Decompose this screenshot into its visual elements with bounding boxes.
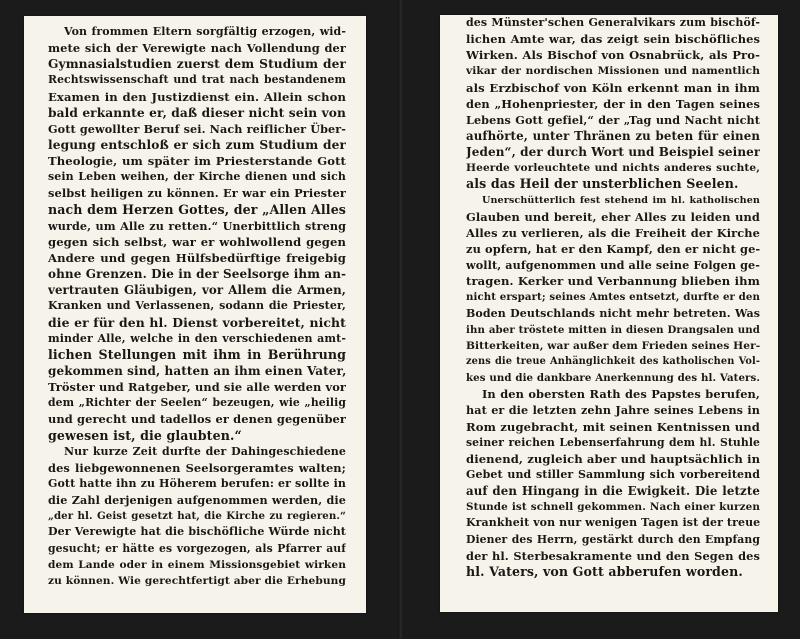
text-line: hl. Vaters, von Gott abberufen worden. (466, 564, 760, 580)
text-line: Bitterkeiten, war außer dem Frieden sein… (466, 338, 760, 354)
text-line: des liebgewonnenen Seelsorgeramtes walte… (48, 460, 346, 476)
text-line: Glauben und bereit, eher Alles zu leiden… (466, 209, 760, 225)
text-line: Examen in den Justizdienst ein. Allein s… (48, 89, 346, 105)
text-line: In den obersten Rath des Papstes berufen… (466, 386, 760, 402)
text-line: ihn aber tröstete mitten in diesen Drang… (466, 322, 760, 338)
text-line: Tröster und Ratgeber, und sie alle werde… (48, 379, 346, 395)
text-line: dienend, zugleich aber und hauptsächlich… (466, 451, 760, 467)
text-line: als Erzbischof von Köln erkennt man in i… (466, 80, 760, 96)
text-line: Gebet und stiller Sammlung sich vorberei… (466, 467, 760, 483)
text-line: Rom zugebracht, mit seinen Kentnissen un… (466, 419, 760, 435)
text-line: Lebens Gott gefiel,“ der „Tag und Nacht … (466, 112, 760, 128)
text-line: Rechtswissenschaft und trat nach bestand… (48, 72, 346, 88)
text-line: zu opfern, hat er den Kampf, den er nich… (466, 241, 760, 257)
text-line: bald erkannte er, daß dieser nicht sein … (48, 105, 346, 121)
text-line: Kranken und Verlassenen, sodann die Prie… (48, 298, 346, 314)
text-line: sein Leben weihen, der Kirche dienen und… (48, 169, 346, 185)
text-line: Unerschütterlich fest stehend im hl. kat… (466, 193, 760, 209)
text-line: lichen Amte war, das zeigt sein bischöfl… (466, 31, 760, 47)
text-line: kes und die dankbare Anerkennung des hl.… (466, 370, 760, 386)
text-line: hat er die letzten zehn Jahre seines Leb… (466, 402, 760, 418)
text-line: Stunde ist schnell gekommen. Nach einer … (466, 499, 760, 515)
text-line: gegen sich selbst, war er wohlwollend ge… (48, 234, 346, 250)
book-gutter (398, 0, 404, 639)
text-line: Jeden“, der durch Wort und Beispiel sein… (466, 144, 760, 160)
text-line: ohne Grenzen. Die in der Seelsorge ihm a… (48, 266, 346, 282)
text-line: wollt, aufgenommen und alle seine Folgen… (466, 257, 760, 273)
text-line: zu können. Wie gerechtfertigt aber die E… (48, 573, 346, 589)
text-line: des Münster'schen Generalvikars zum bisc… (466, 15, 760, 31)
text-line: Krankheit von nur wenigen Tagen ist der … (466, 515, 760, 531)
text-line: und gerecht und tadellos er denen gegenü… (48, 411, 346, 427)
text-line: lichen Stellungen mit ihm in Berührung (48, 347, 346, 363)
text-line: seiner reichen Lebenserfahrung dem hl. S… (466, 435, 760, 451)
text-line: Diener des Herrn, gestärkt durch den Emp… (466, 532, 760, 548)
text-line: „der hl. Geist gesetzt hat, die Kirche z… (48, 508, 346, 524)
text-line: Gott gewollter Beruf sei. Nach reifliche… (48, 121, 346, 137)
text-line: Gott hatte ihn zu Höherem berufen: er so… (48, 476, 346, 492)
text-line: Nur kurze Zeit durfte der Dahingeschiede… (48, 444, 346, 460)
text-line: nach dem Herzen Gottes, der „Allen Alles (48, 202, 346, 218)
left-page-text: Von frommen Eltern sorgfältig erzogen, w… (48, 24, 346, 589)
left-page: Von frommen Eltern sorgfältig erzogen, w… (24, 16, 366, 613)
text-line: Der Verewigte hat die bischöfliche Würde… (48, 524, 346, 540)
text-line: Wirken. Als Bischof von Osnabrück, als P… (466, 47, 760, 63)
text-line: Boden Deutschlands nicht mehr betreten. … (466, 306, 760, 322)
text-line: gekommen sind, hatten an ihm einen Vater… (48, 363, 346, 379)
text-line: nicht erspart; seines Amtes entsetzt, du… (466, 289, 760, 305)
text-line: den „Hohenpriester, der in den Tagen sei… (466, 96, 760, 112)
text-line: minder Alle, welche in den verschiedenen… (48, 331, 346, 347)
text-line: legung entschloß er sich zum Studium der (48, 137, 346, 153)
text-line: auf den Hingang in die Ewigkeit. Die let… (466, 483, 760, 499)
text-line: mete sich der Verewigte nach Vollendung … (48, 40, 346, 56)
text-line: wurde, um Alle zu retten.“ Unerbittlich … (48, 218, 346, 234)
text-line: als das Heil der unsterblichen Seelen. (466, 176, 760, 192)
right-page-text: des Münster'schen Generalvikars zum bisc… (466, 15, 760, 580)
text-line: Von frommen Eltern sorgfältig erzogen, w… (48, 24, 346, 40)
text-line: dem „Richter der Seelen“ bezeugen, wie „… (48, 395, 346, 411)
text-line: zens die treue Anhänglichkeit des kathol… (466, 354, 760, 370)
text-line: Theologie, um später im Priesterstande G… (48, 153, 346, 169)
text-line: tragen. Kerker und Verbannung blieben ih… (466, 273, 760, 289)
text-line: dem Lande oder in einem Missionsgebiet w… (48, 557, 346, 573)
text-line: gesucht; er hätte es vorgezogen, als Pfa… (48, 541, 346, 557)
text-line: gewesen ist, die glaubten.“ (48, 428, 346, 444)
text-line: die er für den hl. Dienst vorbereitet, n… (48, 315, 346, 331)
text-line: Heerde vorleuchtete und nichts anderes s… (466, 160, 760, 176)
text-line: aufhörte, unter Thränen zu beten für ein… (466, 128, 760, 144)
right-page: des Münster'schen Generalvikars zum bisc… (440, 15, 778, 612)
text-line: der hl. Sterbesakramente und den Segen d… (466, 548, 760, 564)
text-line: selbst heiligen zu können. Er war ein Pr… (48, 185, 346, 201)
text-line: vertrauten Gläubigen, vor Allem die Arme… (48, 282, 346, 298)
text-line: Andere und gegen Hülfsbedürftige freigeb… (48, 250, 346, 266)
text-line: Alles zu verlieren, als die Freiheit der… (466, 225, 760, 241)
text-line: die Zahl derjenigen aufgenommen werden, … (48, 492, 346, 508)
text-line: vikar der nordischen Missionen und namen… (466, 63, 760, 79)
text-line: Gymnasialstudien zuerst dem Studium der (48, 56, 346, 72)
